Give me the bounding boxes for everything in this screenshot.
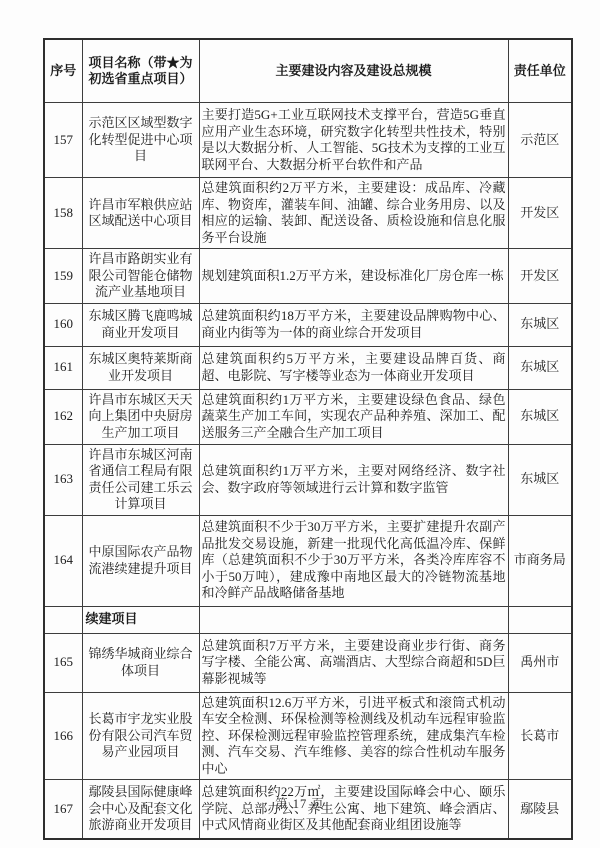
- cell-content: 总建筑面积约5万平方米，主要建设品牌百货、商超、电影院、写字楼等业态为一体商业开…: [199, 346, 508, 389]
- cell-content: 规划建筑面积1.2万平方米，建设标准化厂房仓库一栋: [199, 249, 508, 304]
- cell-serial: 161: [44, 346, 82, 389]
- table-row: 165 锦绣华城商业综合体项目 总建筑面积7万平方米，主要建设商业步行街、商务写…: [44, 633, 572, 692]
- page-number: 第 17 页: [0, 794, 600, 812]
- table-row: 163 许昌市东城区河南省通信工程局有限责任公司建工乐云计算项目 总建筑面积约1…: [44, 444, 572, 515]
- cell-unit: 长葛市: [508, 692, 572, 780]
- header-cell-unit: 责任单位: [508, 39, 572, 103]
- table-row: 161 东城区奥特莱斯商业开发项目 总建筑面积约5万平方米，主要建设品牌百货、商…: [44, 346, 572, 389]
- table-row: 162 许昌市东城区天天向上集团中央厨房生产加工项目 总建筑面积约1万平方米，主…: [44, 389, 572, 444]
- cell-serial: 166: [44, 692, 82, 780]
- header-cell-serial: 序号: [44, 39, 82, 103]
- cell-content: 总建筑面积约1万平方米，主要对网络经济、数字社会、数字政府等领域进行云计算和数字…: [199, 444, 508, 515]
- cell-content: 总建筑面积约18万平方米，主要建设品牌购物中心、商业内街等为一体的商业综合开发项…: [199, 303, 508, 346]
- table-row: 159 许昌市路朗实业有限公司智能仓储物流产业基地项目 规划建筑面积1.2万平方…: [44, 249, 572, 304]
- cell-content: [199, 606, 508, 633]
- cell-unit: 禹州市: [508, 633, 572, 692]
- header-cell-project-name: 项目名称（带★为初选省重点项目）: [82, 39, 199, 103]
- cell-project-name: 长葛市宇龙实业股份有限公司汽车贸易产业园项目: [82, 692, 199, 780]
- cell-project-name: 示范区区域型数字化转型促进中心项目: [82, 103, 199, 178]
- cell-unit: 东城区: [508, 444, 572, 515]
- cell-project-name: 许昌市东城区河南省通信工程局有限责任公司建工乐云计算项目: [82, 444, 199, 515]
- table-row: 164 中原国际农产品物流港续建提升项目 总建筑面积不少于30万平方米，主要扩建…: [44, 515, 572, 606]
- cell-serial: 162: [44, 389, 82, 444]
- table-row: 157 示范区区域型数字化转型促进中心项目 主要打造5G+工业互联网技术支撑平台…: [44, 103, 572, 178]
- table-row: 166 长葛市宇龙实业股份有限公司汽车贸易产业园项目 总建筑面积12.6万平方米…: [44, 692, 572, 780]
- table-header-row: 序号 项目名称（带★为初选省重点项目） 主要建设内容及建设总规模 责任单位: [44, 39, 572, 103]
- cell-unit: 东城区: [508, 303, 572, 346]
- cell-content: 主要打造5G+工业互联网技术支撑平台，营造5G垂直应用产业生态环境，研究数字化转…: [199, 103, 508, 178]
- cell-unit: 东城区: [508, 346, 572, 389]
- cell-serial: 157: [44, 103, 82, 178]
- cell-project-name: 东城区腾飞鹿鸣城商业开发项目: [82, 303, 199, 346]
- projects-table: 序号 项目名称（带★为初选省重点项目） 主要建设内容及建设总规模 责任单位 15…: [43, 38, 573, 840]
- cell-serial: [44, 606, 82, 633]
- cell-serial: 159: [44, 249, 82, 304]
- cell-unit: 示范区: [508, 103, 572, 178]
- cell-unit: 东城区: [508, 389, 572, 444]
- section-divider-row: 续建项目: [44, 606, 572, 633]
- document-page: 序号 项目名称（带★为初选省重点项目） 主要建设内容及建设总规模 责任单位 15…: [0, 0, 600, 848]
- cell-content: 总建筑面积约1万平方米，主要建设绿色食品、绿色蔬菜生产加工车间，实现农产品种养殖…: [199, 389, 508, 444]
- cell-content: 总建筑面积7万平方米，主要建设商业步行街、商务写字楼、全能公寓、高端酒店、大型综…: [199, 633, 508, 692]
- cell-project-name: 中原国际农产品物流港续建提升项目: [82, 515, 199, 606]
- cell-unit: 市商务局: [508, 515, 572, 606]
- header-cell-content: 主要建设内容及建设总规模: [199, 39, 508, 103]
- cell-project-name: 东城区奥特莱斯商业开发项目: [82, 346, 199, 389]
- cell-project-name: 许昌市路朗实业有限公司智能仓储物流产业基地项目: [82, 249, 199, 304]
- table-row: 160 东城区腾飞鹿鸣城商业开发项目 总建筑面积约18万平方米，主要建设品牌购物…: [44, 303, 572, 346]
- cell-content: 总建筑面积12.6万平方米，引进平板式和滚筒式机动车安全检测、环保检测等检测线及…: [199, 692, 508, 780]
- cell-content: 总建筑面积不少于30万平方米，主要扩建提升农副产品批发交易设施，新建一批现代化高…: [199, 515, 508, 606]
- cell-project-name: 许昌市东城区天天向上集团中央厨房生产加工项目: [82, 389, 199, 444]
- cell-serial: 163: [44, 444, 82, 515]
- section-label: 续建项目: [82, 606, 199, 633]
- cell-serial: 164: [44, 515, 82, 606]
- cell-content: 总建筑面积约2万平方米，主要建设：成品库、冷藏库、物资库，灌装车间、油罐、综合业…: [199, 178, 508, 249]
- cell-project-name: 锦绣华城商业综合体项目: [82, 633, 199, 692]
- cell-unit: 开发区: [508, 178, 572, 249]
- cell-serial: 165: [44, 633, 82, 692]
- cell-serial: 158: [44, 178, 82, 249]
- cell-unit: [508, 606, 572, 633]
- cell-unit: 开发区: [508, 249, 572, 304]
- table-row: 158 许昌市军粮供应站区域配送中心项目 总建筑面积约2万平方米，主要建设：成品…: [44, 178, 572, 249]
- cell-project-name: 许昌市军粮供应站区域配送中心项目: [82, 178, 199, 249]
- cell-serial: 160: [44, 303, 82, 346]
